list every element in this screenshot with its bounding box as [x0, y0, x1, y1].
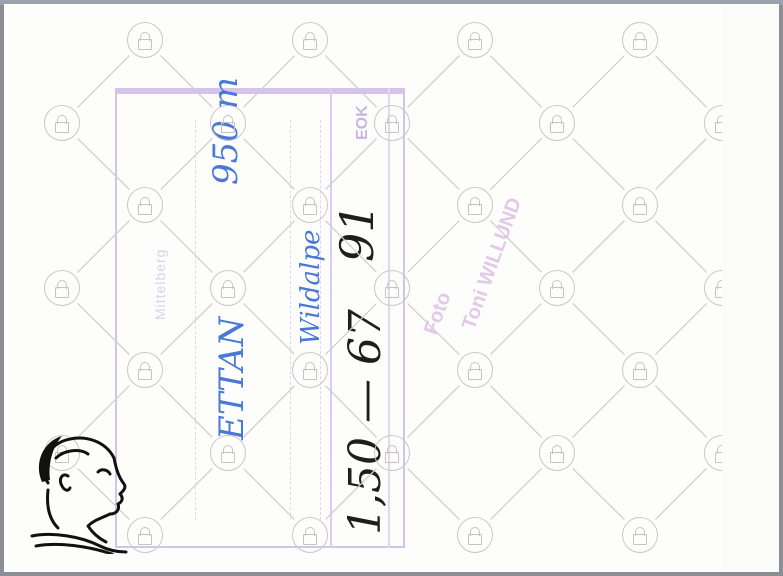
lock-icon [292, 352, 328, 388]
lock-glyph [469, 197, 481, 213]
lock-glyph [386, 115, 398, 131]
lock-glyph [469, 527, 481, 543]
lock-icon [622, 517, 658, 553]
lock-glyph [304, 32, 316, 48]
lock-icon [374, 270, 410, 306]
lock-glyph [386, 280, 398, 296]
lock-glyph [139, 32, 151, 48]
lock-icon [622, 187, 658, 223]
lock-icon [44, 105, 80, 141]
lock-icon [622, 22, 658, 58]
lock-icon [457, 22, 493, 58]
lock-glyph [551, 115, 563, 131]
lock-icon [210, 105, 246, 141]
lock-icon [127, 187, 163, 223]
lock-icon [374, 435, 410, 471]
lock-glyph [304, 197, 316, 213]
lock-icon [44, 270, 80, 306]
lock-icon [374, 105, 410, 141]
lock-glyph [139, 362, 151, 378]
lock-icon [127, 517, 163, 553]
profile-portrait-icon [28, 428, 132, 554]
lock-icon [292, 22, 328, 58]
lock-glyph [469, 32, 481, 48]
lock-icon [539, 270, 575, 306]
lock-icon [457, 187, 493, 223]
lock-icon [457, 517, 493, 553]
lock-glyph [551, 280, 563, 296]
lock-icon [210, 435, 246, 471]
lock-glyph [56, 280, 68, 296]
lock-glyph [634, 32, 646, 48]
lock-glyph [222, 280, 234, 296]
lock-icon [457, 352, 493, 388]
lock-icon [127, 352, 163, 388]
lock-glyph [56, 115, 68, 131]
lock-icon [292, 517, 328, 553]
lock-glyph [222, 445, 234, 461]
lock-glyph [634, 197, 646, 213]
lock-icon [539, 105, 575, 141]
lock-glyph [139, 197, 151, 213]
lock-glyph [304, 527, 316, 543]
lock-glyph [139, 527, 151, 543]
lock-glyph [386, 445, 398, 461]
lock-glyph [222, 115, 234, 131]
lock-icon [292, 187, 328, 223]
lock-glyph [469, 362, 481, 378]
lock-glyph [634, 527, 646, 543]
lock-glyph [551, 445, 563, 461]
lock-icon [622, 352, 658, 388]
lock-icon [127, 22, 163, 58]
lock-glyph [634, 362, 646, 378]
lock-glyph [304, 362, 316, 378]
lock-icon [539, 435, 575, 471]
lock-icon [210, 270, 246, 306]
